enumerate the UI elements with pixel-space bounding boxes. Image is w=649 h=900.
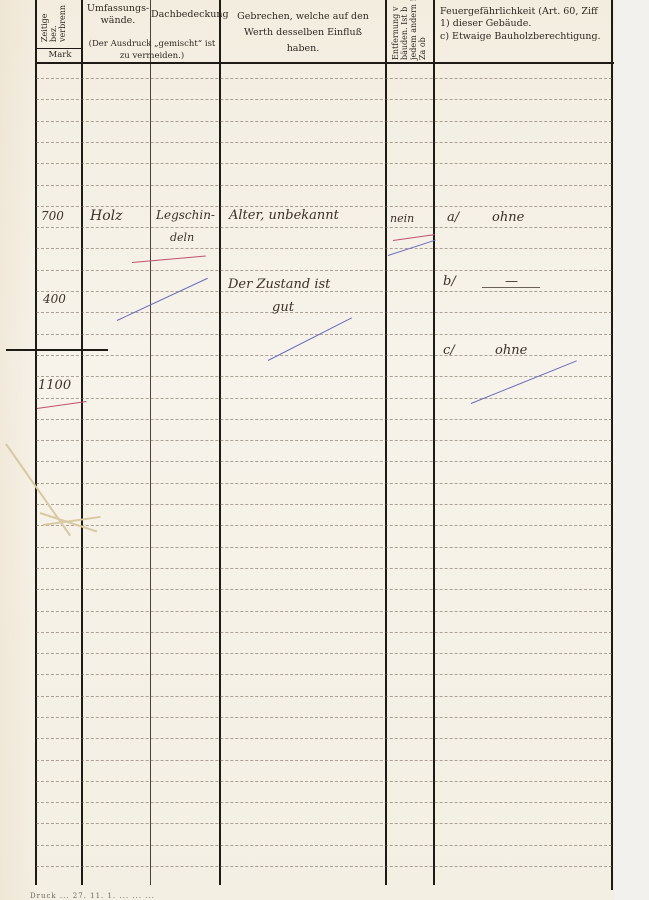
header-defects: Gebrechen, welche auf den Werth desselbe… [228,9,378,57]
ruled-line [36,696,612,697]
roof-entry-2: deln [170,231,194,244]
ruled-line [36,866,612,867]
value-entry-1: 700 [41,209,64,223]
notes-c-label: c/ [443,343,455,358]
ruled-line [36,802,612,803]
ruled-line [36,248,612,249]
ruled-line [36,419,612,420]
ruled-line [36,376,612,377]
footer-print-line: Druck ... 27. 11. 1. ... ... ... [30,892,155,900]
ruled-line [36,611,612,612]
ruled-line [36,717,612,718]
ruled-line [36,589,612,590]
ruled-line [36,78,612,79]
ruled-line [36,142,612,143]
ruled-line [36,674,612,675]
defects-entry-3: gut [272,300,294,315]
notes-a-label: a/ [447,210,459,225]
column-rule [219,0,221,885]
ruled-line [36,398,612,399]
ruled-line [36,206,612,207]
notes-c-value: ohne [495,343,527,358]
ruled-line [36,738,612,739]
ruled-line [36,504,612,505]
ruled-line [36,227,612,228]
distance-entry: nein [390,212,414,225]
ruled-line [36,163,612,164]
header-value-unit: Mark [38,49,82,61]
pencil-dash [482,287,540,288]
header-distance-rotated: Entfernung v bäuden. Ist b jedem andern … [391,0,427,60]
ruled-line [36,760,612,761]
ruled-line [36,461,612,462]
ruled-line [36,632,612,633]
header-roof: Dachbedeckung [151,9,219,21]
value-entry-3: 1100 [38,378,71,393]
column-rule [385,0,387,885]
defects-entry-2: Der Zustand ist [228,277,330,292]
column-rule [433,0,435,885]
defects-entry-1: Alter, unbekannt [229,208,339,223]
notes-a-value: ohne [492,210,524,225]
column-rule [611,0,613,890]
ruled-line [36,547,612,548]
page-margin [615,0,649,900]
notes-b-label: b/ [443,274,456,289]
ruled-line [36,185,612,186]
section-divider [6,349,108,351]
ruled-line [36,99,612,100]
document-page: Zeitige bez. verbrenn Mark Umfassungs-wä… [0,0,649,900]
column-rule [150,0,151,885]
ruled-line [36,312,612,313]
red-pencil-mark [393,234,435,241]
column-rule [35,0,37,885]
value-entry-2: 400 [43,292,66,306]
header-rule [36,62,614,64]
column-rule [81,0,83,885]
ruled-line [36,270,612,271]
red-pencil-mark [37,401,87,409]
blue-pencil-check [117,278,208,321]
ruled-line [36,121,612,122]
ruled-line [36,440,612,441]
ruled-line [36,568,612,569]
ruled-line [36,781,612,782]
ruled-line [36,483,612,484]
header-notes-c: c) Etwaige Bauholzberechtigung. [440,31,610,43]
ruled-line [36,823,612,824]
header-walls-roof-note: (Der Ausdruck „gemischt“ ist zu vermeide… [86,38,218,62]
red-pencil-mark [132,256,206,263]
roof-entry-1: Legschin- [156,208,215,222]
ruled-line [36,525,612,526]
header-value-rotated: Zeitige bez. verbrenn [40,5,67,42]
walls-entry: Holz [90,208,123,224]
header-notes-b: Feuergefährlichkeit (Art. 60, Ziff 1) di… [440,6,610,30]
ruled-line [36,334,612,335]
ruled-line [36,845,612,846]
header-walls: Umfassungs-wände. [86,3,150,27]
ruled-line [36,653,612,654]
